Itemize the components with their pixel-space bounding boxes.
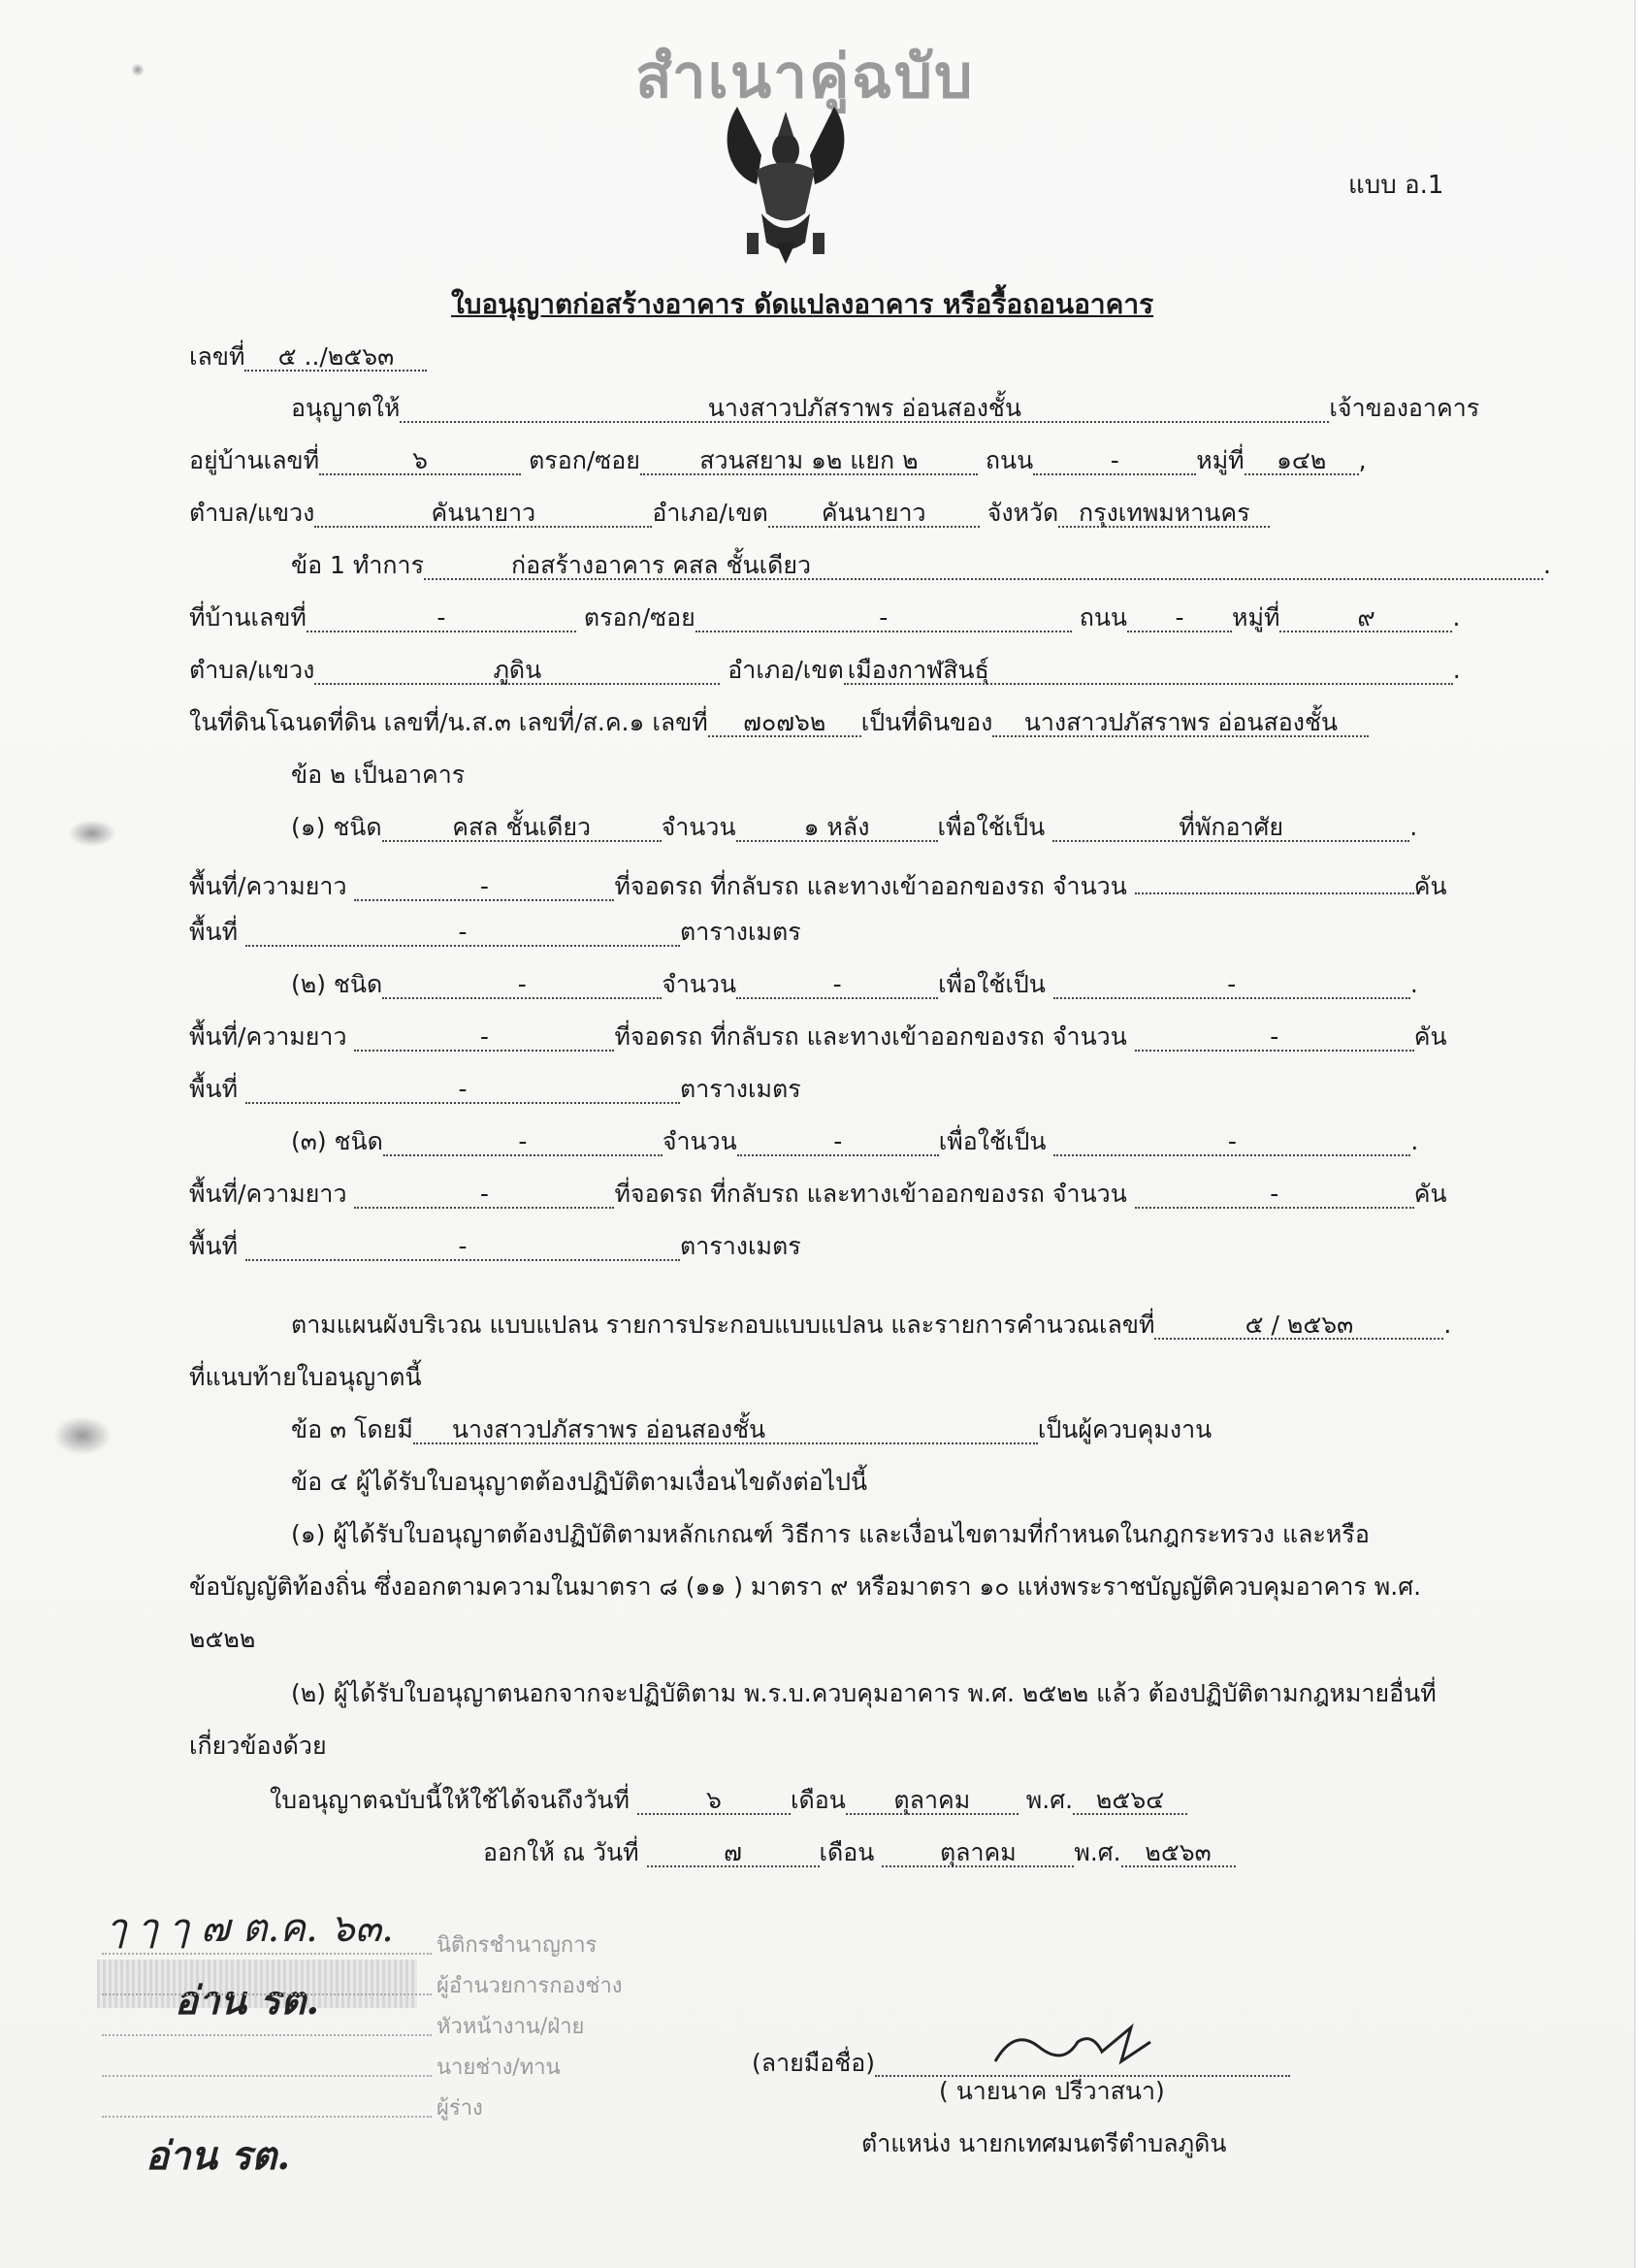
clause1-line: ข้อ 1 ทำการก่อสร้างอาคาร คสล ชั้นเดียว. <box>291 553 1551 580</box>
validity-month: ตุลาคม <box>846 1788 1018 1815</box>
area-sqm: - <box>245 1077 680 1104</box>
clause1-soi: - <box>695 605 1072 632</box>
clause1-deed-line: ในที่ดินโฉนดที่ดิน เลขที่/น.ส.๓ เลขที่/ส… <box>189 710 1369 737</box>
approval-row: ผู้ร่าง <box>436 2098 483 2120</box>
approval-row: ผู้อำนวยการกองช่าง <box>436 1976 623 1997</box>
plan-number: ๕ / ๒๕๖๓ <box>1154 1312 1443 1340</box>
approval-dotted-line <box>102 2034 432 2036</box>
approval-row: นิติกรชำนาญการ <box>436 1935 597 1957</box>
area-sqm: - <box>245 1234 680 1261</box>
garuda-emblem-icon <box>708 97 863 267</box>
plan-line-2: ที่แนบท้ายใบอนุญาตนี้ <box>189 1365 422 1389</box>
approval-row: นายช่าง/ทาน <box>436 2057 561 2079</box>
issued-month: ตุลาคม <box>882 1840 1074 1867</box>
building-type: คสล ชั้นเดียว <box>382 815 662 842</box>
approval-dotted-line <box>102 2075 432 2077</box>
validity-line: ใบอนุญาตฉบับนี้ให้ใช้ได้จนถึงวันที่ ๖เดื… <box>270 1788 1187 1815</box>
land-owner: นางสาวปภัสราพร อ่อนสองชั้น <box>992 710 1369 737</box>
building-type: - <box>382 972 662 999</box>
area-line-3: พื้นที่ -ตารางเมตร <box>189 1234 801 1261</box>
clause1-address-line: ที่บ้านเลขที่- ตรอก/ซอย- ถนน-หมู่ที่๙. <box>189 605 1460 632</box>
area-sqm: - <box>245 920 680 947</box>
approval-row: หัวหน้างาน/ฝ่าย <box>436 2017 584 2038</box>
condition-2-line-2: เกี่ยวข้องด้วย <box>189 1733 327 1758</box>
building-count: ๑ หลัง <box>736 815 938 842</box>
issued-day: ๗ <box>647 1840 820 1867</box>
building-use: ที่พักอาศัย <box>1052 815 1409 842</box>
parking-line-3: พื้นที่/ความยาว -ที่จอดรถ ที่กลับรถ และท… <box>189 1182 1447 1209</box>
clause1-house-no: - <box>307 605 576 632</box>
building-use: - <box>1053 972 1410 999</box>
owner-address-line: อยู่บ้านเลขที่๖ ตรอก/ซอยสวนสยาม ๑๒ แยก ๒… <box>189 448 1367 475</box>
deed-number: ๗๐๗๖๒ <box>708 710 861 737</box>
clause1-moo: ๙ <box>1279 605 1452 632</box>
clause1-tambon: ภูดิน <box>314 658 720 685</box>
building-use: - <box>1053 1129 1410 1156</box>
approval-dotted-line <box>102 1993 432 1995</box>
supervisor-name: นางสาวปภัสราพร อ่อนสองชั้น <box>413 1417 1038 1444</box>
building-count: - <box>736 972 938 999</box>
owner-name: นางสาวปภัสราพร อ่อนสองชั้น <box>400 396 1329 423</box>
building-item-2: (๒) ชนิด-จำนวน-เพื่อใช้เป็น -. <box>291 972 1418 999</box>
approval-dotted-line <box>102 2116 432 2118</box>
signer-position: ตำแหน่ง นายกเทศมนตรีตำบลภูดิน <box>861 2131 1226 2155</box>
signature-field <box>875 2023 1290 2077</box>
owner-line: อนุญาตให้นางสาวปภัสราพร อ่อนสองชั้นเจ้าข… <box>291 396 1479 423</box>
owner-moo: ๑๔๒ <box>1245 448 1359 475</box>
owner-house-no: ๖ <box>319 448 521 475</box>
area-length: - <box>354 1182 614 1209</box>
area-length: - <box>354 874 614 901</box>
clause1-work: ก่อสร้างอาคาร คสล ชั้นเดียว <box>424 553 1543 580</box>
building-item-3: (๓) ชนิด-จำนวน-เพื่อใช้เป็น -. <box>291 1129 1418 1156</box>
scan-mark <box>68 820 116 847</box>
document-title: ใบอนุญาตก่อสร้างอาคาร ดัดแปลงอาคาร หรือร… <box>451 283 1153 326</box>
clause1-district-line: ตำบล/แขวงภูดิน อำเภอ/เขตเมืองกาฬสินธุ์. <box>189 658 1461 685</box>
building-count: - <box>737 1129 939 1156</box>
handwritten-initials-1: อ่าน รต. <box>175 1969 319 2031</box>
permit-number-line: เลขที่๕ ../๒๕๖๓ <box>189 344 427 372</box>
parking-line-2: พื้นที่/ความยาว -ที่จอดรถ ที่กลับรถ และท… <box>189 1024 1447 1052</box>
owner-amphoe: คันนายาว <box>768 501 980 528</box>
owner-district-line: ตำบล/แขวงคันนายาวอำเภอ/เขตคันนายาว จังหว… <box>189 501 1270 528</box>
signature-scribble-icon <box>986 2023 1180 2071</box>
validity-day: ๖ <box>637 1788 791 1815</box>
approval-dotted-line <box>102 1953 432 1955</box>
condition-1-line-2: ข้อบัญญัติท้องถิ่น ซึ่งออกตามความในมาตรา… <box>189 1574 1421 1599</box>
owner-tambon: คันนายาว <box>314 501 652 528</box>
owner-province: กรุงเทพมหานคร <box>1058 501 1270 528</box>
building-type: - <box>383 1129 663 1156</box>
page-edge <box>1634 0 1649 2268</box>
issued-year: ๒๕๖๓ <box>1121 1840 1236 1867</box>
scan-mark <box>53 1416 112 1455</box>
form-code: แบบ อ.1 <box>1348 165 1443 205</box>
condition-1-line-1: (๑) ผู้ได้รับใบอนุญาตต้องปฏิบัติตามหลักเ… <box>291 1522 1370 1546</box>
owner-soi: สวนสยาม ๑๒ แยก ๒ <box>640 448 978 475</box>
validity-year: ๒๕๖๔ <box>1073 1788 1187 1815</box>
clause4-heading: ข้อ ๔ ผู้ได้รับใบอนุญาตต้องปฏิบัติตามเงื… <box>291 1470 867 1494</box>
area-line-1: พื้นที่ -ตารางเมตร <box>189 920 801 947</box>
signer-name: ( นายนาค ปรีวาสนา) <box>939 2079 1165 2103</box>
clause3-line: ข้อ ๓ โดยมีนางสาวปภัสราพร อ่อนสองชั้นเป็… <box>291 1417 1212 1444</box>
clause1-road: - <box>1127 605 1232 632</box>
handwritten-initials-2: อ่าน รต. <box>145 2124 290 2187</box>
permit-number: ๕ ../๒๕๖๓ <box>244 344 427 372</box>
signature-line: (ลายมือชื่อ) <box>752 2023 1290 2077</box>
condition-1-line-3: ๒๕๒๒ <box>189 1627 255 1651</box>
building-item-1: (๑) ชนิดคสล ชั้นเดียวจำนวน๑ หลังเพื่อใช้… <box>291 815 1417 842</box>
condition-2-line-1: (๒) ผู้ได้รับใบอนุญาตนอกจากจะปฏิบัติตาม … <box>291 1681 1437 1705</box>
area-length: - <box>354 1024 614 1052</box>
parking-count: - <box>1135 1024 1414 1052</box>
parking-line-1: พื้นที่/ความยาว -ที่จอดรถ ที่กลับรถ และท… <box>189 867 1447 901</box>
plan-line: ตามแผนผังบริเวณ แบบแปลน รายการประกอบแบบแ… <box>291 1312 1451 1340</box>
scan-mark <box>131 63 145 77</box>
area-line-2: พื้นที่ -ตารางเมตร <box>189 1077 801 1104</box>
parking-count <box>1135 867 1414 894</box>
parking-count: - <box>1135 1182 1414 1209</box>
handwritten-date-note: ๅ ๅ ๅ ๗ ต.ค. ๖๓. <box>107 1896 394 1959</box>
clause1-amphoe: เมืองกาฬสินธุ์ <box>844 658 1453 685</box>
issued-line: ออกให้ ณ วันที่ ๗เดือน ตุลาคมพ.ศ.๒๕๖๓ <box>483 1840 1236 1867</box>
clause2-heading: ข้อ ๒ เป็นอาคาร <box>291 762 465 787</box>
owner-road: - <box>1033 448 1196 475</box>
